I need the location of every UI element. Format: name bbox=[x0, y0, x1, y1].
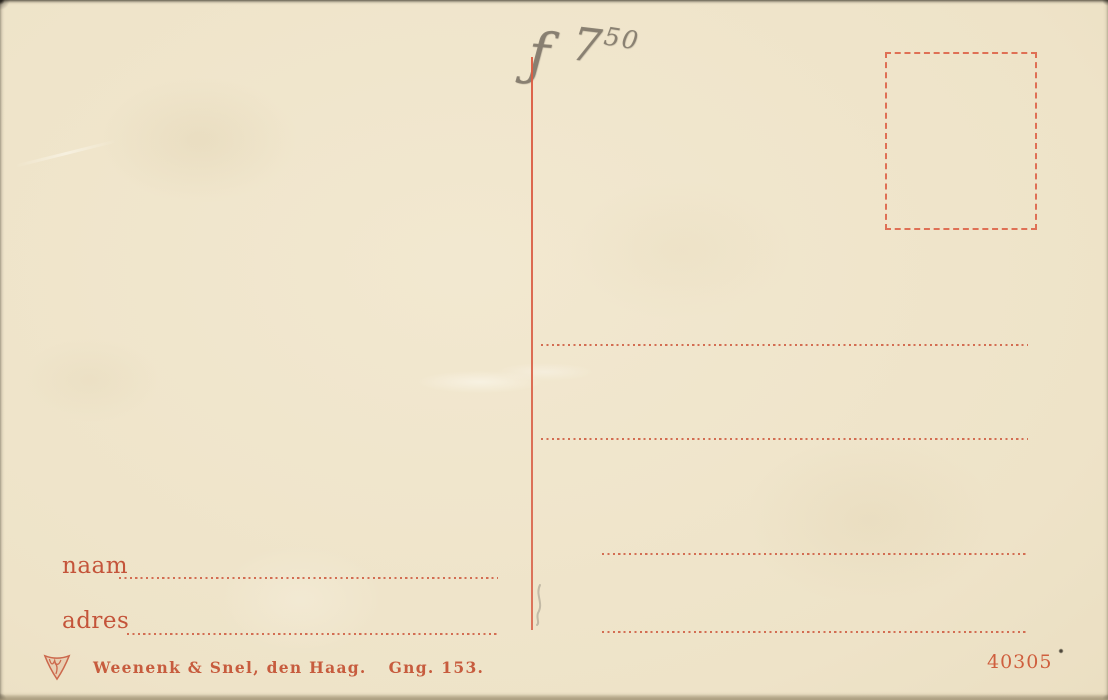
handwritten-cents: 50 bbox=[602, 21, 642, 55]
address-dotted-line-3 bbox=[602, 553, 1028, 555]
card-number: 40305 bbox=[987, 651, 1052, 673]
scratch-mark bbox=[15, 139, 117, 167]
address-field-dotted-line bbox=[127, 633, 498, 635]
series-code: Gng. 153. bbox=[389, 658, 485, 677]
postcard-back: ƒ 7 50 naam adres Weenenk & Snel, den Ha… bbox=[0, 0, 1108, 700]
publisher-logo-icon bbox=[43, 652, 71, 682]
publisher-imprint: Weenenk & Snel, den Haag. Gng. 153. bbox=[43, 650, 484, 684]
address-dotted-line-4 bbox=[602, 631, 1028, 633]
address-dotted-line-2 bbox=[541, 438, 1028, 440]
pencil-squiggle bbox=[531, 583, 551, 627]
name-field-dotted-line bbox=[119, 577, 498, 579]
handwritten-amount: 7 bbox=[569, 16, 605, 73]
card-bottom-edge bbox=[0, 694, 1108, 700]
handwritten-currency-symbol: ƒ bbox=[526, 19, 552, 88]
publisher-name: Weenenk & Snel, den Haag. bbox=[93, 658, 367, 677]
name-field-label: naam bbox=[62, 553, 128, 579]
stamp-box bbox=[885, 52, 1037, 230]
address-field-label: adres bbox=[62, 608, 129, 634]
center-divider-line bbox=[531, 57, 533, 630]
address-dotted-line-1 bbox=[541, 344, 1028, 346]
